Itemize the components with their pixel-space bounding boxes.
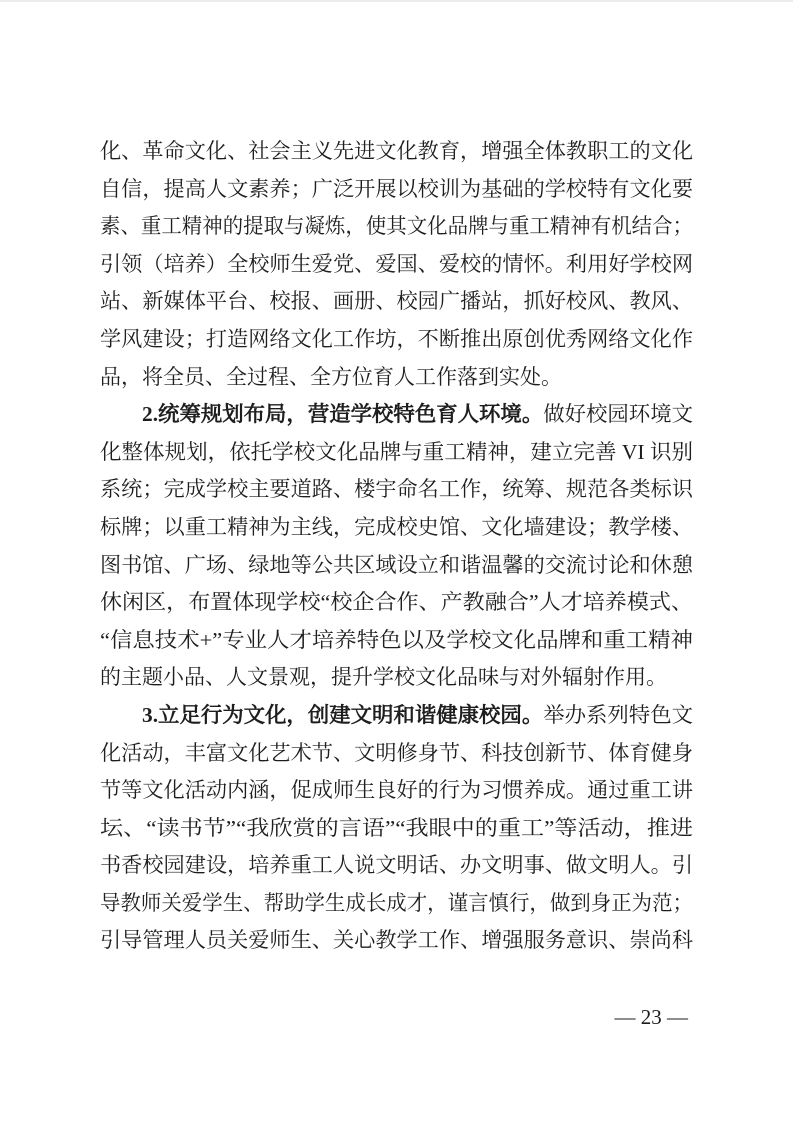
text-line-content: 自信，提高人文素养；广泛开展以校训为基础的学校特有文化要	[100, 171, 693, 209]
text-line-content: 引导管理人员关爱师生、关心教学工作、增强服务意识、崇尚科	[100, 922, 693, 960]
text-line-content: 导教师关爱学生、帮助学生成长成才，谨言慎行，做到身正为范；	[100, 885, 693, 923]
text-line: 坛、“读书节”“我欣赏的言语”“我眼中的重工”等活动，推进	[100, 810, 693, 848]
text-line: 站、新媒体平台、校报、画册、校园广播站，抓好校风、教风、	[100, 283, 693, 321]
text-line-content: 坛、“读书节”“我欣赏的言语”“我眼中的重工”等活动，推进	[100, 810, 693, 848]
text-line-content: 引领（培养）全校师生爱党、爱国、爱校的情怀。利用好学校网	[100, 246, 693, 284]
text-run: 学风建设；打造网络文化工作坊，不断推出原创优秀网络文化作	[100, 327, 693, 351]
text-line-content: 素、重工精神的提取与凝炼，使其文化品牌与重工精神有机结合；	[100, 208, 693, 246]
text-run: “信息技术+”专业人才培养特色以及学校文化品牌和重工精神	[100, 628, 693, 652]
text-run: 图书馆、广场、绿地等公共区域设立和谐温馨的交流讨论和休憩	[100, 553, 693, 577]
text-line-content: 化、革命文化、社会主义先进文化教育，增强全体教职工的文化	[100, 133, 693, 171]
text-line: 书香校园建设，培养重工人说文明话、办文明事、做文明人。引	[100, 847, 693, 885]
bold-run: 3.立足行为文化，创建文明和谐健康校园。	[142, 703, 543, 727]
text-line: 节等文化活动内涵，促成师生良好的行为习惯养成。通过重工讲	[100, 772, 693, 810]
text-line-content: 3.立足行为文化，创建文明和谐健康校园。举办系列特色文	[142, 697, 693, 735]
text-line: 的主题小品、人文景观，提升学校文化品味与对外辐射作用。	[100, 659, 693, 697]
text-run: 标牌；以重工精神为主线，完成校史馆、文化墙建设；教学楼、	[100, 515, 693, 539]
text-line-content: 系统；完成学校主要道路、楼宇命名工作，统筹、规范各类标识	[100, 471, 693, 509]
text-run: 引导管理人员关爱师生、关心教学工作、增强服务意识、崇尚科	[100, 928, 693, 952]
text-run: 站、新媒体平台、校报、画册、校园广播站，抓好校风、教风、	[100, 289, 693, 313]
text-run: 休闲区，布置体现学校“校企合作、产教融合”人才培养模式、	[100, 590, 693, 614]
text-line: 自信，提高人文素养；广泛开展以校训为基础的学校特有文化要	[100, 171, 693, 209]
text-line-content: 站、新媒体平台、校报、画册、校园广播站，抓好校风、教风、	[100, 283, 693, 321]
text-line: 2.统筹规划布局，营造学校特色育人环境。做好校园环境文	[100, 396, 693, 434]
text-line: “信息技术+”专业人才培养特色以及学校文化品牌和重工精神	[100, 622, 693, 660]
text-line: 标牌；以重工精神为主线，完成校史馆、文化墙建设；教学楼、	[100, 509, 693, 547]
text-line: 化整体规划，依托学校文化品牌与重工精神，建立完善 VI 识别	[100, 434, 693, 472]
document-page: 化、革命文化、社会主义先进文化教育，增强全体教职工的文化自信，提高人文素养；广泛…	[0, 0, 793, 1122]
text-run: 引领（培养）全校师生爱党、爱国、爱校的情怀。利用好学校网	[100, 252, 693, 276]
text-run: 导教师关爱学生、帮助学生成长成才，谨言慎行，做到身正为范；	[100, 891, 693, 915]
text-line-content: 化活动，丰富文化艺术节、文明修身节、科技创新节、体育健身	[100, 735, 693, 773]
text-line-content: 图书馆、广场、绿地等公共区域设立和谐温馨的交流讨论和休憩	[100, 547, 693, 585]
text-run: 书香校园建设，培养重工人说文明话、办文明事、做文明人。引	[100, 853, 693, 877]
text-run: 举办系列特色文	[543, 703, 693, 727]
text-line-content: 2.统筹规划布局，营造学校特色育人环境。做好校园环境文	[142, 396, 693, 434]
text-line-content: “信息技术+”专业人才培养特色以及学校文化品牌和重工精神	[100, 622, 693, 660]
text-line-content: 的主题小品、人文景观，提升学校文化品味与对外辐射作用。	[100, 659, 667, 697]
text-line-content: 休闲区，布置体现学校“校企合作、产教融合”人才培养模式、	[100, 584, 693, 622]
text-line: 休闲区，布置体现学校“校企合作、产教融合”人才培养模式、	[100, 584, 693, 622]
text-run: 自信，提高人文素养；广泛开展以校训为基础的学校特有文化要	[100, 177, 693, 201]
bold-run: 2.统筹规划布局，营造学校特色育人环境。	[142, 402, 543, 426]
text-line-content: 书香校园建设，培养重工人说文明话、办文明事、做文明人。引	[100, 847, 693, 885]
body-text: 化、革命文化、社会主义先进文化教育，增强全体教职工的文化自信，提高人文素养；广泛…	[100, 133, 693, 960]
text-line: 引导管理人员关爱师生、关心教学工作、增强服务意识、崇尚科	[100, 922, 693, 960]
text-line: 品，将全员、全过程、全方位育人工作落到实处。	[100, 359, 693, 397]
text-line-content: 化整体规划，依托学校文化品牌与重工精神，建立完善 VI 识别	[100, 434, 693, 472]
text-line: 3.立足行为文化，创建文明和谐健康校园。举办系列特色文	[100, 697, 693, 735]
page-number: — 23 —	[615, 1003, 689, 1031]
text-line: 学风建设；打造网络文化工作坊，不断推出原创优秀网络文化作	[100, 321, 693, 359]
text-run: 化整体规划，依托学校文化品牌与重工精神，建立完善 VI 识别	[100, 440, 693, 464]
text-line-content: 标牌；以重工精神为主线，完成校史馆、文化墙建设；教学楼、	[100, 509, 693, 547]
text-run: 系统；完成学校主要道路、楼宇命名工作，统筹、规范各类标识	[100, 477, 693, 501]
scan-edge-artifact	[0, 0, 793, 2]
text-line: 系统；完成学校主要道路、楼宇命名工作，统筹、规范各类标识	[100, 471, 693, 509]
text-line: 引领（培养）全校师生爱党、爱国、爱校的情怀。利用好学校网	[100, 246, 693, 284]
text-line: 化活动，丰富文化艺术节、文明修身节、科技创新节、体育健身	[100, 735, 693, 773]
text-run: 品，将全员、全过程、全方位育人工作落到实处。	[100, 365, 562, 389]
text-line-content: 节等文化活动内涵，促成师生良好的行为习惯养成。通过重工讲	[100, 772, 693, 810]
text-run: 的主题小品、人文景观，提升学校文化品味与对外辐射作用。	[100, 665, 667, 689]
text-line-content: 品，将全员、全过程、全方位育人工作落到实处。	[100, 359, 562, 397]
text-line-content: 学风建设；打造网络文化工作坊，不断推出原创优秀网络文化作	[100, 321, 693, 359]
text-line: 导教师关爱学生、帮助学生成长成才，谨言慎行，做到身正为范；	[100, 885, 693, 923]
text-run: 做好校园环境文	[543, 402, 693, 426]
text-line: 化、革命文化、社会主义先进文化教育，增强全体教职工的文化	[100, 133, 693, 171]
text-line: 图书馆、广场、绿地等公共区域设立和谐温馨的交流讨论和休憩	[100, 547, 693, 585]
text-run: 化、革命文化、社会主义先进文化教育，增强全体教职工的文化	[100, 139, 693, 163]
text-run: 坛、“读书节”“我欣赏的言语”“我眼中的重工”等活动，推进	[100, 816, 693, 840]
text-line: 素、重工精神的提取与凝炼，使其文化品牌与重工精神有机结合；	[100, 208, 693, 246]
text-run: 素、重工精神的提取与凝炼，使其文化品牌与重工精神有机结合；	[100, 214, 693, 238]
text-run: 节等文化活动内涵，促成师生良好的行为习惯养成。通过重工讲	[100, 778, 693, 802]
text-run: 化活动，丰富文化艺术节、文明修身节、科技创新节、体育健身	[100, 741, 693, 765]
